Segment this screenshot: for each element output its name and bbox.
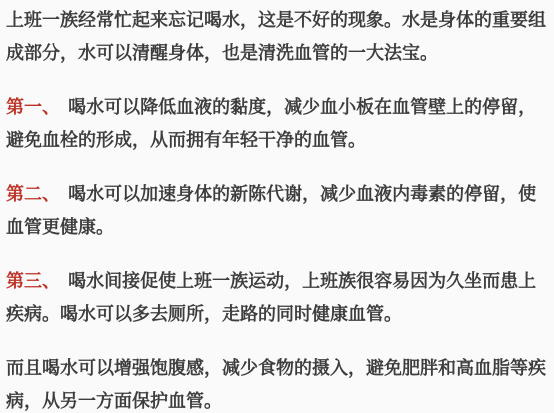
paragraph-point-three: 第三、喝水间接促使上班一族运动，上班族很容易因为久坐而患上疾病。喝水可以多去厕所… — [6, 265, 547, 331]
paragraph-conclusion: 而且喝水可以增强饱腹感，减少食物的摄入，避免肥胖和高血脂等疾病，从另一方面保护血… — [6, 352, 547, 413]
article-body: 上班一族经常忙起来忘记喝水，这是不好的现象。水是身体的重要组成部分，水可以清醒身… — [0, 0, 554, 413]
paragraph-label-second: 第二、 — [6, 184, 60, 204]
paragraph-text: 喝水间接促使上班一族运动，上班族很容易因为久坐而患上疾病。喝水可以多去厕所，走路… — [6, 271, 536, 324]
paragraph-point-one: 第一、喝水可以降低血液的黏度，减少血小板在血管壁上的停留，避免血栓的形成，从而拥… — [6, 91, 547, 157]
paragraph-text: 上班一族经常忙起来忘记喝水，这是不好的现象。水是身体的重要组成部分，水可以清醒身… — [6, 10, 546, 63]
paragraph-text: 喝水可以加速身体的新陈代谢，减少血液内毒素的停留，使血管更健康。 — [6, 184, 536, 237]
paragraph-point-two: 第二、喝水可以加速身体的新陈代谢，减少血液内毒素的停留，使血管更健康。 — [6, 178, 547, 244]
paragraph-label-third: 第三、 — [6, 271, 60, 291]
paragraph-text: 喝水可以降低血液的黏度，减少血小板在血管壁上的停留，避免血栓的形成，从而拥有年轻… — [6, 97, 536, 150]
paragraph-label-first: 第一、 — [6, 97, 60, 117]
paragraph-text: 而且喝水可以增强饱腹感，减少食物的摄入，避免肥胖和高血脂等疾病，从另一方面保护血… — [6, 358, 546, 411]
paragraph-intro: 上班一族经常忙起来忘记喝水，这是不好的现象。水是身体的重要组成部分，水可以清醒身… — [6, 4, 547, 70]
